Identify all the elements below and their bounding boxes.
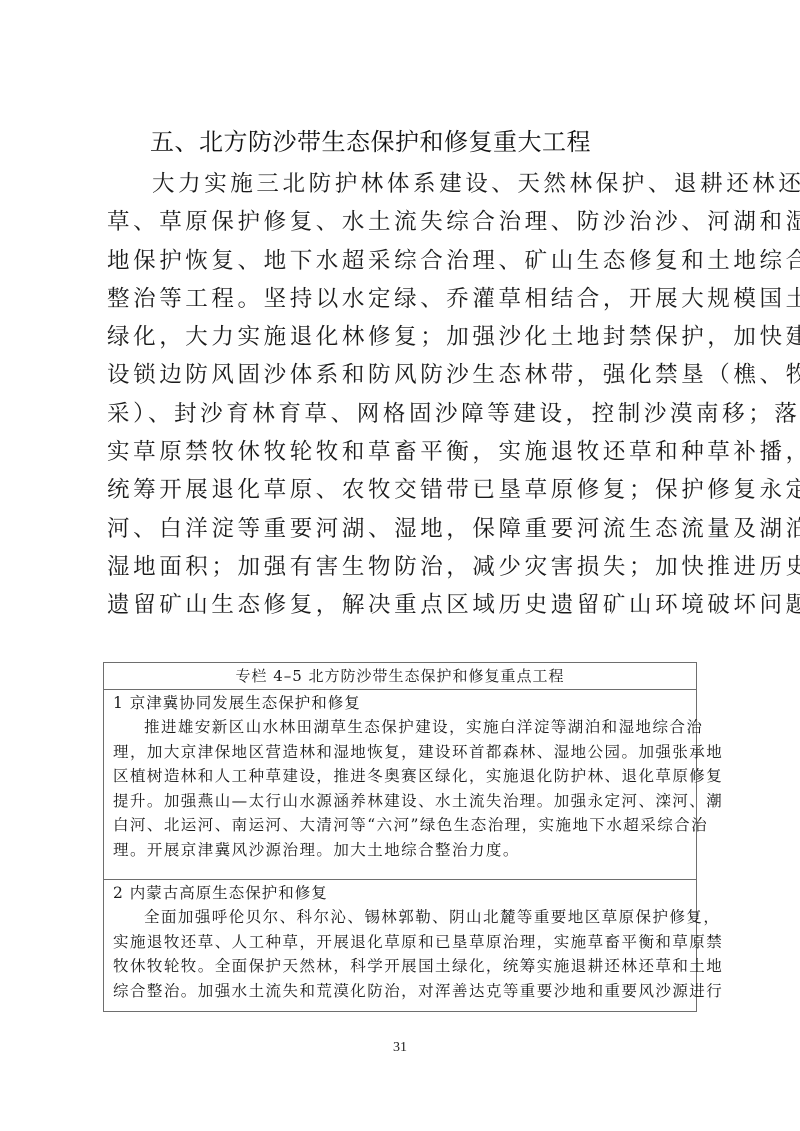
body-line: 大力实施三北防护林体系建设、天然林保护、退耕还林还 (107, 165, 697, 203)
row-line: 理。开展京津冀风沙源治理。加大土地综合整治力度。 (113, 838, 688, 863)
row-line: 区植树造林和人工种草建设，推进冬奥赛区绿化，实施退化防护林、退化草原修复 (113, 764, 688, 789)
body-line: 地保护恢复、地下水超采综合治理、矿山生态修复和土地综合 (107, 242, 697, 280)
feature-box-title: 专栏 4–5 北方防沙带生态保护和修复重点工程 (104, 663, 696, 690)
row-line: 提升。加强燕山—太行山水源涵养林建设、水土流失治理。加强永定河、滦河、潮 (113, 789, 688, 814)
row-line: 全面加强呼伦贝尔、科尔沁、锡林郭勒、阴山北麓等重要地区草原保护修复， (113, 905, 688, 930)
body-line: 整治等工程。坚持以水定绿、乔灌草相结合，开展大规模国土 (107, 280, 697, 318)
row-line: 实施退牧还草、人工种草，开展退化草原和已垦草原治理，实施草畜平衡和草原禁 (113, 930, 688, 955)
row-line: 推进雄安新区山水林田湖草生态保护建设，实施白洋淀等湖泊和湿地综合治 (113, 715, 688, 740)
body-line: 实草原禁牧休牧轮牧和草畜平衡，实施退牧还草和种草补播， (107, 433, 697, 471)
body-line: 湿地面积；加强有害生物防治，减少灾害损失；加快推进历史 (107, 548, 697, 586)
row-line: 牧休牧轮牧。全面保护天然林，科学开展国土绿化，统筹实施退耕还林还草和土地 (113, 954, 688, 979)
row-title: 1 京津冀协同发展生态保护和修复 (113, 691, 688, 715)
body-line: 设锁边防风固沙体系和防风防沙生态林带，强化禁垦（樵、牧、 (107, 356, 697, 394)
body-line: 统筹开展退化草原、农牧交错带已垦草原修复；保护修复永定 (107, 471, 697, 509)
section-title: 五、北方防沙带生态保护和修复重大工程 (150, 126, 591, 158)
document-page: 五、北方防沙带生态保护和修复重大工程 大力实施三北防护林体系建设、天然林保护、退… (0, 0, 800, 1131)
feature-box-row: 1 京津冀协同发展生态保护和修复 推进雄安新区山水林田湖草生态保护建设，实施白洋… (104, 690, 696, 880)
page-number: 31 (0, 1040, 800, 1056)
row-title: 2 内蒙古高原生态保护和修复 (113, 881, 688, 905)
body-line: 绿化，大力实施退化林修复；加强沙化土地封禁保护，加快建 (107, 318, 697, 356)
body-line: 采）、封沙育林育草、网格固沙障等建设，控制沙漠南移；落 (107, 395, 697, 433)
body-line: 河、白洋淀等重要河湖、湿地，保障重要河流生态流量及湖泊、 (107, 510, 697, 548)
body-paragraph: 大力实施三北防护林体系建设、天然林保护、退耕还林还 草、草原保护修复、水土流失综… (107, 165, 697, 625)
feature-box: 专栏 4–5 北方防沙带生态保护和修复重点工程 1 京津冀协同发展生态保护和修复… (103, 662, 697, 1012)
row-line: 理，加大京津保地区营造林和湿地恢复，建设环首都森林、湿地公园。加强张承地 (113, 740, 688, 765)
body-line: 草、草原保护修复、水土流失综合治理、防沙治沙、河湖和湿 (107, 203, 697, 241)
row-line: 综合整治。加强水土流失和荒漠化防治，对浑善达克等重要沙地和重要风沙源进行 (113, 979, 688, 1004)
feature-box-row: 2 内蒙古高原生态保护和修复 全面加强呼伦贝尔、科尔沁、锡林郭勒、阴山北麓等重要… (104, 880, 696, 1003)
row-line: 白河、北运河、南运河、大清河等“六河”绿色生态治理，实施地下水超采综合治 (113, 813, 688, 838)
body-line: 遗留矿山生态修复，解决重点区域历史遗留矿山环境破坏问题。 (107, 586, 697, 624)
